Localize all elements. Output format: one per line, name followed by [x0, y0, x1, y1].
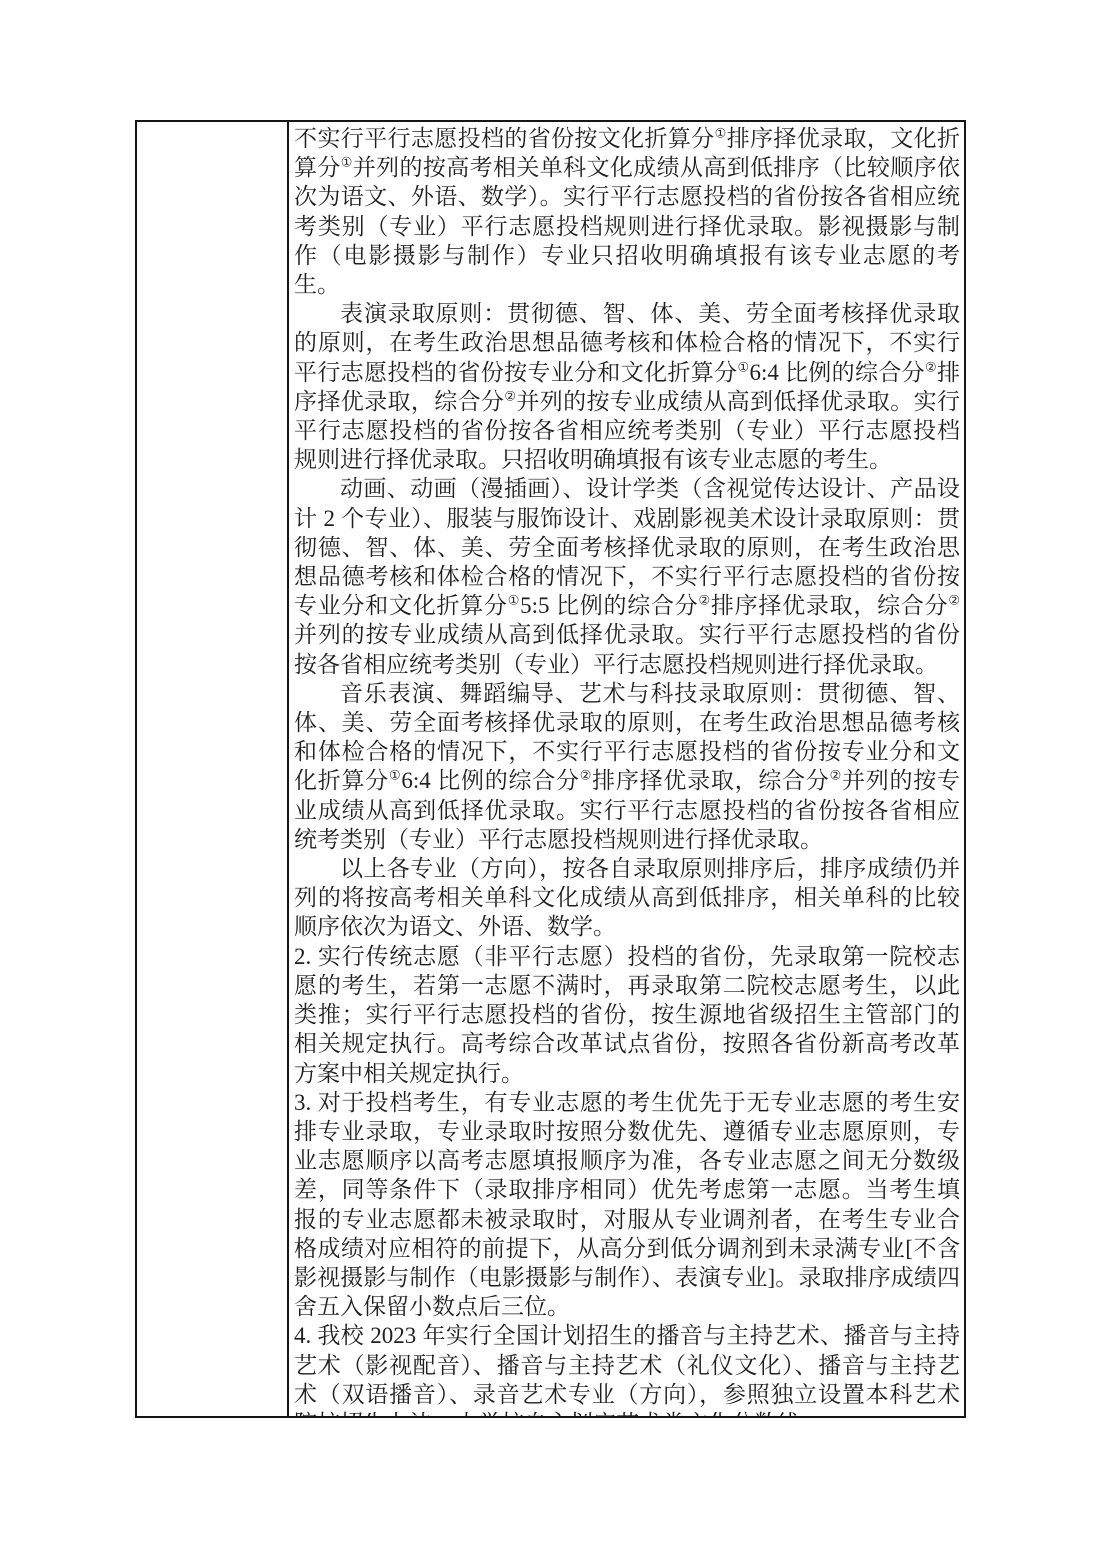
footnote-marker: ① [715, 125, 727, 140]
footnote-marker: ① [389, 768, 401, 783]
paragraph-2: 表演录取原则：贯彻德、智、体、美、劳全面考核择优录取的原则，在考生政治思想品德考… [294, 299, 960, 474]
footnote-marker: ② [699, 593, 711, 608]
footnote-marker: ① [737, 359, 749, 374]
paragraph-8: 4. 我校 2023 年实行全国计划招生的播音与主持艺术、播音与主持艺术（影视配… [294, 1321, 960, 1416]
paragraph-7: 3. 对于投档考生，有专业志愿的考生优先于无专业志愿的考生安排专业录取，专业录取… [294, 1088, 960, 1322]
table-cell-row-label [137, 122, 289, 1416]
text-segment: 4. 我校 2023 年实行全国计划招生的播音与主持艺术、播音与主持艺术（影视配… [294, 1323, 960, 1416]
text-segment: 6:4 比例的综合分 [401, 768, 579, 793]
document-page: { "page": { "background_color": "#ffffff… [0, 0, 1102, 1559]
text-segment: 排序择优录取，综合分 [711, 593, 948, 618]
footnote-marker: ② [504, 388, 516, 403]
admissions-rules-table: 不实行平行志愿投档的省份按文化折算分①排序择优录取，文化折算分①并列的按高考相关… [135, 120, 966, 1418]
paragraph-1: 不实行平行志愿投档的省份按文化折算分①排序择优录取，文化折算分①并列的按高考相关… [294, 124, 960, 299]
text-segment: 并列的按专业成绩从高到低择优录取。实行平行志愿投档的省份按各省相应统考类别（专业… [294, 622, 960, 676]
paragraph-5: 以上各专业（方向），按各自录取原则排序后，排序成绩仍并列的将按高考相关单科文化成… [294, 854, 960, 942]
paragraph-6: 2. 实行传统志愿（非平行志愿）投档的省份，先录取第一院校志愿的考生，若第一志愿… [294, 942, 960, 1088]
footnote-marker: ② [925, 359, 937, 374]
table-cell-content: 不实行平行志愿投档的省份按文化折算分①排序择优录取，文化折算分①并列的按高考相关… [289, 122, 964, 1416]
policy-text: 不实行平行志愿投档的省份按文化折算分①排序择优录取，文化折算分①并列的按高考相关… [294, 124, 960, 1416]
text-segment: 6:4 比例的综合分 [749, 360, 925, 385]
paragraph-3: 动画、动画（漫插画）、设计学类（含视觉传达设计、产品设计 2 个专业）、服装与服… [294, 474, 960, 678]
footnote-marker: ② [830, 768, 842, 783]
text-segment: 并列的按高考相关单科文化成绩从高到低排序（比较顺序依次为语文、外语、数学）。实行… [294, 155, 960, 297]
paragraph-4: 音乐表演、舞蹈编导、艺术与科技录取原则：贯彻德、智、体、美、劳全面考核择优录取的… [294, 679, 960, 854]
text-segment: 以上各专业（方向），按各自录取原则排序后，排序成绩仍并列的将按高考相关单科文化成… [294, 856, 960, 939]
footnote-marker: ② [948, 593, 960, 608]
text-segment: 排序择优录取，综合分 [592, 768, 829, 793]
text-segment: 2. 实行传统志愿（非平行志愿）投档的省份，先录取第一院校志愿的考生，若第一志愿… [294, 944, 960, 1086]
text-segment: 不实行平行志愿投档的省份按文化折算分 [294, 126, 715, 151]
footnote-marker: ① [341, 155, 353, 170]
footnote-marker: ① [508, 593, 520, 608]
footnote-marker: ② [580, 768, 592, 783]
text-segment: 3. 对于投档考生，有专业志愿的考生优先于无专业志愿的考生安排专业录取，专业录取… [294, 1090, 960, 1319]
text-segment: 5:5 比例的综合分 [520, 593, 698, 618]
